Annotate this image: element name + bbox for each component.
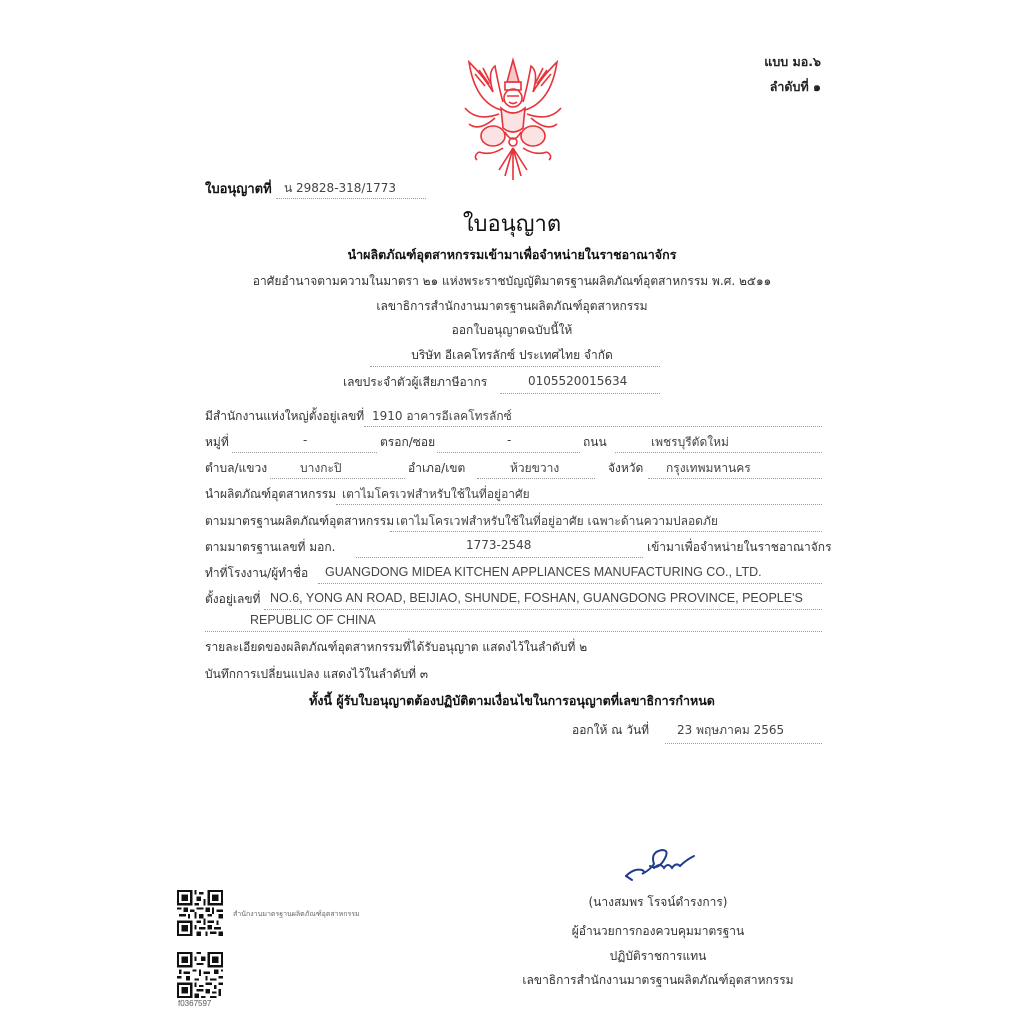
authority-line-1: อาศัยอำนาจตามความในมาตรา ๒๑ แห่งพระราชบั… [0,272,1024,291]
manufacturer-address-line-2: REPUBLIC OF CHINA [250,613,376,627]
qr-caption: สำนักงานมาตรฐานผลิตภัณฑ์อุตสาหกรรม [233,909,360,920]
manufacturer-address-line-1: NO.6, YONG AN ROAD, BEIJIAO, SHUNDE, FOS… [270,591,803,605]
manufacturer-line [318,583,822,584]
standard-label: ตามมาตรฐานผลิตภัณฑ์อุตสาหกรรม [205,512,394,531]
subdistrict-value: บางกะปิ [300,459,342,478]
district-value: ห้วยขวาง [510,459,559,478]
company-line [370,366,660,367]
subdistrict-label: ตำบล/แขวง [205,459,267,478]
document-title: ใบอนุญาต [0,206,1024,241]
note-changes: บันทึกการเปลี่ยนแปลง แสดงไว้ในลำดับที่ ๓ [205,665,428,684]
soi-value: - [507,433,511,447]
head-office-value: 1910 อาคารอีเลคโทรลักซ์ [372,407,512,426]
soi-line [437,452,580,453]
authority-line-2: เลขาธิการสำนักงานมาตรฐานผลิตภัณฑ์อุตสาหก… [0,297,1024,316]
standard-line [390,531,822,532]
soi-label: ตรอก/ซอย [380,433,435,452]
signatory-name: (นางสมพร โรจน์ดำรงการ) [0,893,1024,912]
document-code: f0367597 [178,999,211,1008]
tax-id-label: เลขประจำตัวผู้เสียภาษีอากร [343,373,487,392]
district-label: อำเภอ/เขต [408,459,465,478]
tax-id-value: 0105520015634 [528,374,627,388]
moo-line [232,452,377,453]
qr-code-icon[interactable] [177,890,223,936]
signatory-office: เลขาธิการสำนักงานมาตรฐานผลิตภัณฑ์อุตสาหก… [0,971,1024,990]
form-code-block: แบบ มอ.๖ ลำดับที่ ๑ [764,49,821,99]
company-name: บริษัท อีเลคโทรลักซ์ ประเทศไทย จำกัด [0,346,1024,365]
document-subtitle: นำผลิตภัณฑ์อุตสาหกรรมเข้ามาเพื่อจำหน่ายใ… [0,245,1024,265]
moo-value: - [303,433,307,447]
road-label: ถนน [583,433,607,452]
standard-number-line [356,557,643,558]
head-office-label: มีสำนักงานแห่งใหญ่ตั้งอยู่เลขที่ [205,407,364,426]
province-line [648,478,822,479]
qr-code-secondary-icon[interactable] [177,952,223,998]
license-number-line [276,198,426,199]
form-code: แบบ มอ.๖ [764,49,821,74]
province-label: จังหวัด [608,459,643,478]
garuda-emblem-icon [455,52,571,184]
signatory-position: ผู้อำนวยการกองควบคุมมาตรฐาน [0,922,1024,941]
standard-number-suffix: เข้ามาเพื่อจำหน่ายในราชอาณาจักร [647,538,832,557]
moo-label: หมู่ที่ [205,433,229,452]
manufacturer-address-underline-2 [205,631,822,632]
standard-value: เตาไมโครเวฟสำหรับใช้ในที่อยู่อาศัย เฉพาะ… [396,512,718,531]
manufacturer-value: GUANGDONG MIDEA KITCHEN APPLIANCES MANUF… [325,565,762,579]
standard-number-label: ตามมาตรฐานเลขที่ มอก. [205,538,335,557]
order-number: ลำดับที่ ๑ [764,74,821,99]
road-line [615,452,822,453]
manufacturer-label: ทำที่โรงงาน/ผู้ทำชื่อ [205,564,308,583]
tax-id-line [500,393,660,394]
product-line [336,504,822,505]
license-number-value: น 29828-318/1773 [284,179,396,198]
district-line [477,478,595,479]
condition-statement: ทั้งนี้ ผู้รับใบอนุญาตต้องปฏิบัติตามเงื่… [0,691,1024,711]
standard-number-value: 1773-2548 [466,538,531,552]
subdistrict-line [270,478,405,479]
issued-date-line [665,743,822,744]
road-value: เพชรบุรีตัดใหม่ [651,433,729,452]
manufacturer-address-underline-1 [264,609,822,610]
product-value: เตาไมโครเวฟสำหรับใช้ในที่อยู่อาศัย [342,485,530,504]
signature-icon [620,840,700,884]
issued-date-label: ออกให้ ณ วันที่ [572,721,649,740]
signatory-acting: ปฏิบัติราชการแทน [0,947,1024,966]
product-label: นำผลิตภัณฑ์อุตสาหกรรม [205,485,336,504]
manufacturer-address-label: ตั้งอยู่เลขที่ [205,590,260,609]
license-number-label: ใบอนุญาตที่ [205,178,272,199]
authority-line-3: ออกใบอนุญาตฉบับนี้ให้ [0,321,1024,340]
issued-date-value: 23 พฤษภาคม 2565 [677,721,784,740]
province-value: กรุงเทพมหานคร [666,459,751,478]
head-office-line [364,426,822,427]
note-details: รายละเอียดของผลิตภัณฑ์อุตสาหกรรมที่ได้รั… [205,638,587,657]
